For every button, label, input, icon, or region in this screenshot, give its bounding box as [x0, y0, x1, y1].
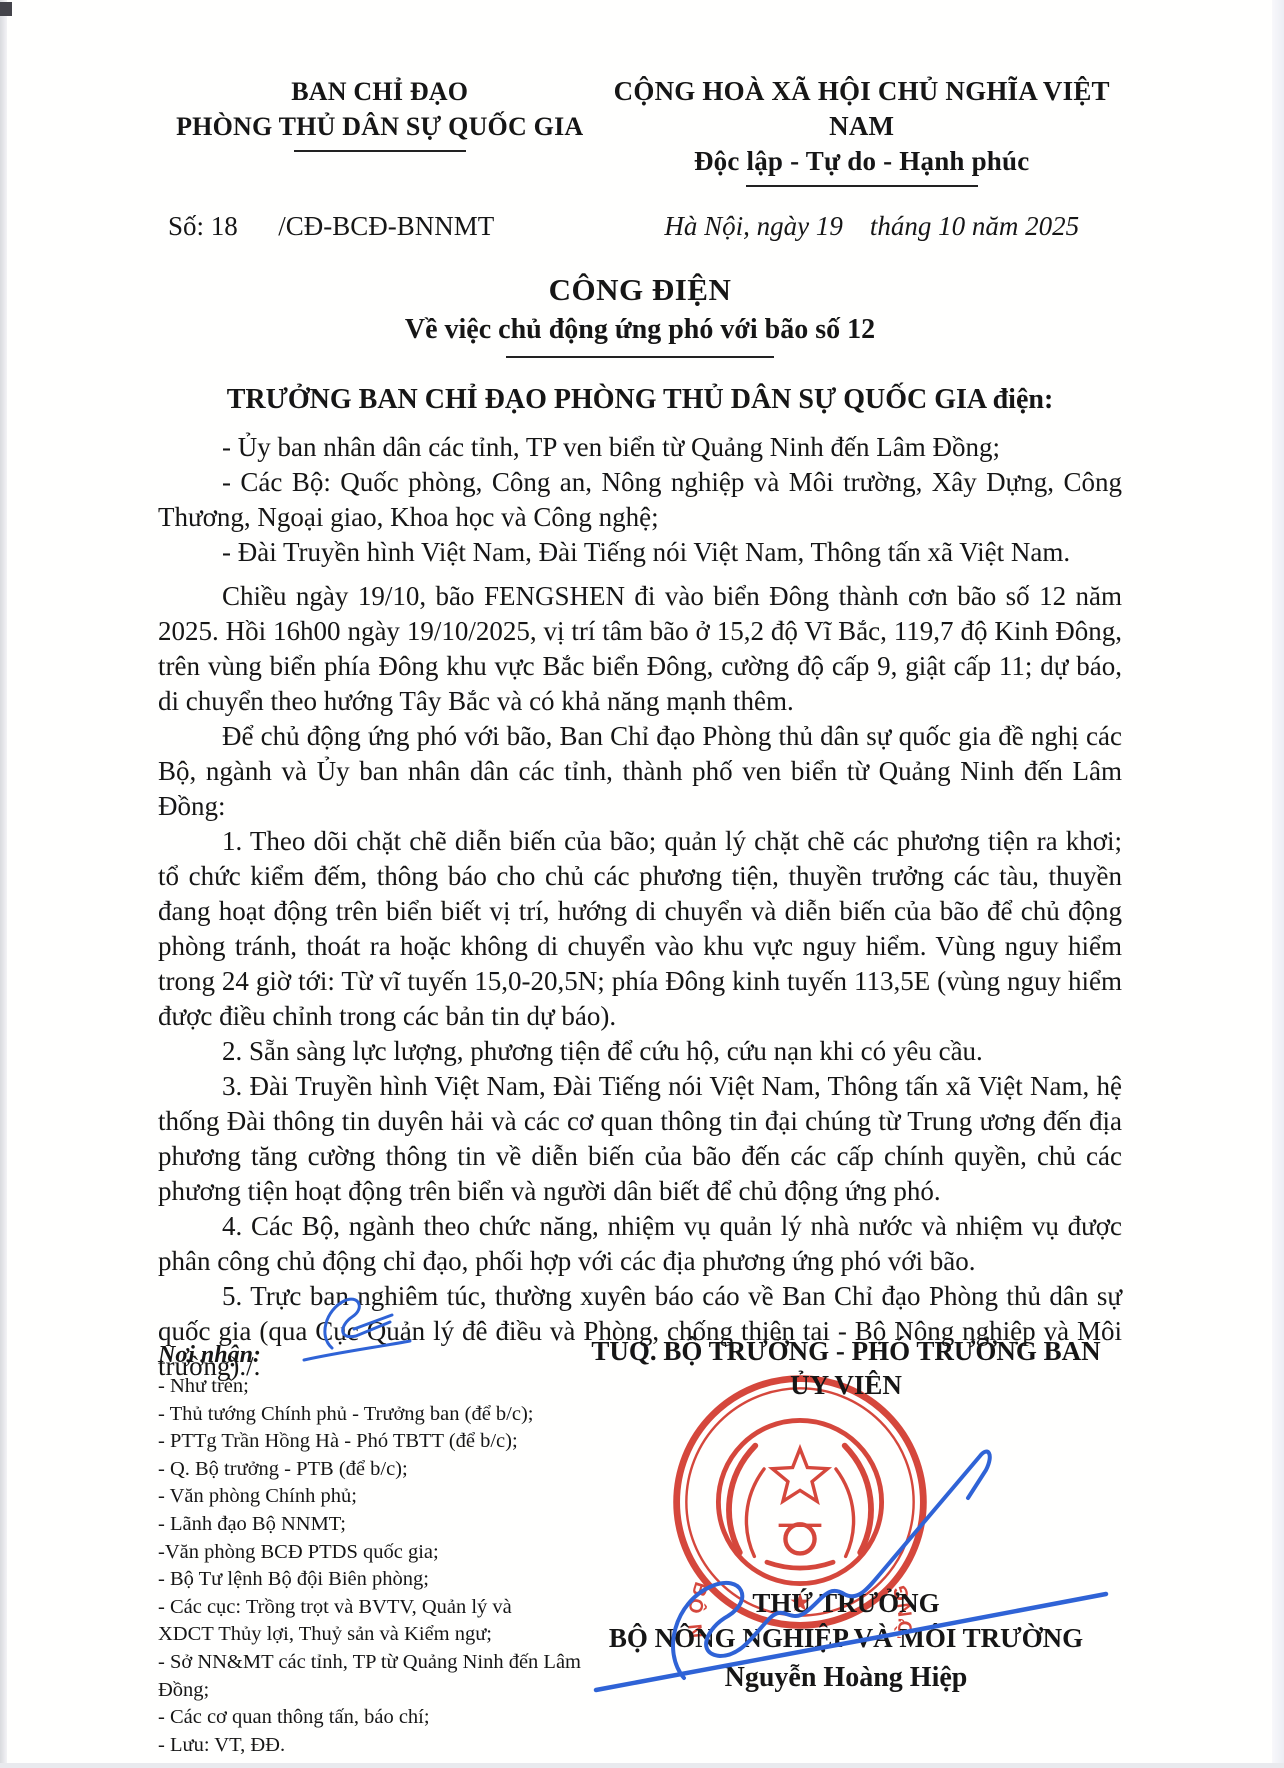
noi-nhan-item: - Lưu: VT, ĐĐ.: [158, 1732, 604, 1760]
noi-nhan-item: - Lãnh đạo Bộ NNMT;: [158, 1511, 604, 1539]
national-motto: Độc lập - Tự do - Hạnh phúc: [694, 146, 1029, 176]
document-subtitle: Về việc chủ động ứng phó với bão số 12: [158, 314, 1122, 346]
document-number: Số: 18 /CĐ-BCĐ-BNNMT: [158, 211, 611, 242]
signature-heading-block: TUQ. BỘ TRƯỞNG - PHÓ TRƯỞNG BAN ỦY VIÊN: [566, 1336, 1126, 1401]
subtitle-underline: [506, 356, 774, 358]
issuing-org-block: BAN CHỈ ĐẠO PHÒNG THỦ DÂN SỰ QUỐC GIA: [158, 74, 601, 187]
recipient-item: - Ủy ban nhân dân các tỉnh, TP ven biển …: [158, 430, 1122, 465]
noi-nhan-item: - Như trên;: [158, 1373, 604, 1401]
org-name-line2: PHÒNG THỦ DÂN SỰ QUỐC GIA: [176, 112, 583, 141]
signer-authority-line: TUQ. BỘ TRƯỞNG - PHÓ TRƯỞNG BAN: [566, 1336, 1126, 1367]
handwritten-paraph-mark: [298, 1284, 418, 1370]
motto-underline: [746, 185, 978, 187]
recipient-item: - Đài Truyền hình Việt Nam, Đài Tiếng nó…: [158, 535, 1122, 570]
document-header: BAN CHỈ ĐẠO PHÒNG THỦ DÂN SỰ QUỐC GIA CỘ…: [158, 74, 1122, 187]
document-content: BAN CHỈ ĐẠO PHÒNG THỦ DÂN SỰ QUỐC GIA CỘ…: [158, 74, 1122, 1384]
document-body: Chiều ngày 19/10, bão FENGSHEN đi vào bi…: [158, 579, 1122, 1384]
recipient-item: - Các Bộ: Quốc phòng, Công an, Nông nghi…: [158, 465, 1122, 535]
addressee-heading: TRƯỞNG BAN CHỈ ĐẠO PHÒNG THỦ DÂN SỰ QUỐC…: [158, 384, 1122, 416]
place-and-date: Hà Nội, ngày 19 tháng 10 năm 2025: [611, 211, 1132, 242]
noi-nhan-item: - PTTg Trần Hồng Hà - Phó TBTT (để b/c);: [158, 1428, 604, 1456]
body-paragraph: 2. Sẵn sàng lực lượng, phương tiện để cứ…: [158, 1034, 1122, 1069]
document-title: CÔNG ĐIỆN: [158, 272, 1122, 308]
org-underline: [294, 150, 466, 152]
noi-nhan-item: - Sở NN&MT các tỉnh, TP từ Quảng Ninh đế…: [158, 1649, 604, 1704]
body-paragraph: Để chủ động ứng phó với bão, Ban Chỉ đạo…: [158, 719, 1122, 824]
number-date-row: Số: 18 /CĐ-BCĐ-BNNMT Hà Nội, ngày 19 thá…: [158, 211, 1122, 242]
recipient-list: - Ủy ban nhân dân các tỉnh, TP ven biển …: [158, 430, 1122, 570]
scan-edge-bottom: [0, 1763, 1284, 1768]
noi-nhan-item: - Các cơ quan thông tấn, báo chí;: [158, 1704, 604, 1732]
national-motto-block: CỘNG HOÀ XÃ HỘI CHỦ NGHĨA VIỆT NAM Độc l…: [601, 74, 1122, 187]
noi-nhan-item: - Văn phòng Chính phủ;: [158, 1483, 604, 1511]
national-title: CỘNG HOÀ XÃ HỘI CHỦ NGHĨA VIỆT NAM: [614, 76, 1110, 141]
noi-nhan-item: - Thủ tướng Chính phủ - Trưởng ban (để b…: [158, 1401, 604, 1429]
handwritten-signature: [588, 1396, 1128, 1696]
scan-edge-left: [0, 0, 7, 1768]
body-paragraph: 4. Các Bộ, ngành theo chức năng, nhiệm v…: [158, 1209, 1122, 1279]
org-name-line1: BAN CHỈ ĐẠO: [291, 77, 468, 106]
noi-nhan-item: -Văn phòng BCĐ PTDS quốc gia;: [158, 1539, 604, 1567]
noi-nhan-item: - Các cục: Trồng trọt và BVTV, Quản lý v…: [158, 1594, 558, 1649]
noi-nhan-item: - Bộ Tư lệnh Bộ đội Biên phòng;: [158, 1566, 604, 1594]
scan-edge-right: [1272, 0, 1284, 1768]
document-page: BAN CHỈ ĐẠO PHÒNG THỦ DÂN SỰ QUỐC GIA CỘ…: [0, 0, 1284, 1768]
body-paragraph: 1. Theo dõi chặt chẽ diễn biến của bão; …: [158, 824, 1122, 1034]
scan-corner-artifact: [0, 2, 12, 16]
recipients-footer-block: Nơi nhận: - Như trên; - Thủ tướng Chính …: [158, 1342, 604, 1759]
noi-nhan-item: - Q. Bộ trưởng - PTB (để b/c);: [158, 1456, 604, 1484]
body-paragraph: 3. Đài Truyền hình Việt Nam, Đài Tiếng n…: [158, 1069, 1122, 1209]
signer-position-line: ỦY VIÊN: [566, 1370, 1126, 1401]
body-paragraph: Chiều ngày 19/10, bão FENGSHEN đi vào bi…: [158, 579, 1122, 719]
